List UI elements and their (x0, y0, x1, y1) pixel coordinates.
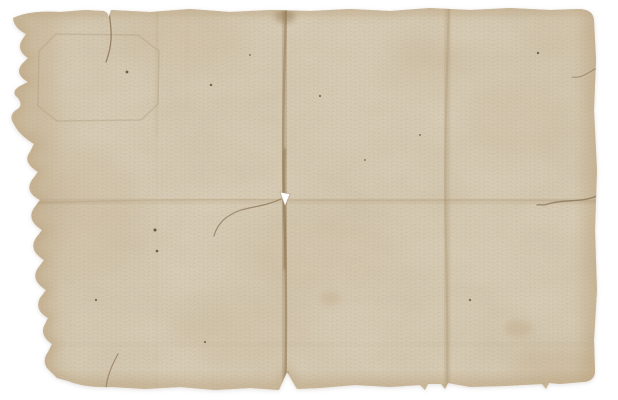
stain (385, 38, 465, 86)
speck (95, 299, 97, 301)
speck (419, 134, 421, 136)
speck (537, 52, 539, 54)
stain (172, 302, 312, 362)
bottom-edge-stain-band (40, 376, 600, 392)
stain-spot (320, 291, 340, 305)
top-edge-stain-band (10, 4, 610, 14)
bottom-notch-crack (286, 372, 288, 389)
speck (469, 299, 471, 301)
fold-top-dark-blotch (275, 9, 295, 23)
speck (204, 341, 206, 343)
speck (319, 95, 321, 97)
stain (244, 214, 400, 290)
top-right-corner-stain (523, 18, 607, 58)
fold-vertical-left (156, 10, 158, 135)
bottom-right-corner-stain (512, 348, 608, 384)
fold-vertical-center-dark-middle (283, 150, 285, 268)
paper-sheet (0, 0, 618, 400)
speck (249, 54, 251, 56)
ghost-vertical-impression (187, 12, 188, 108)
photo-background (0, 0, 618, 400)
stain (44, 153, 140, 277)
stain (468, 82, 572, 162)
old-document-photo (0, 0, 618, 400)
fold-vertical-left-lower (156, 135, 157, 392)
speck (156, 250, 159, 253)
speck (210, 84, 212, 86)
speck (364, 159, 366, 161)
speck (154, 229, 157, 232)
stain-spot (504, 320, 532, 336)
speck (126, 71, 129, 74)
stain (118, 14, 242, 70)
